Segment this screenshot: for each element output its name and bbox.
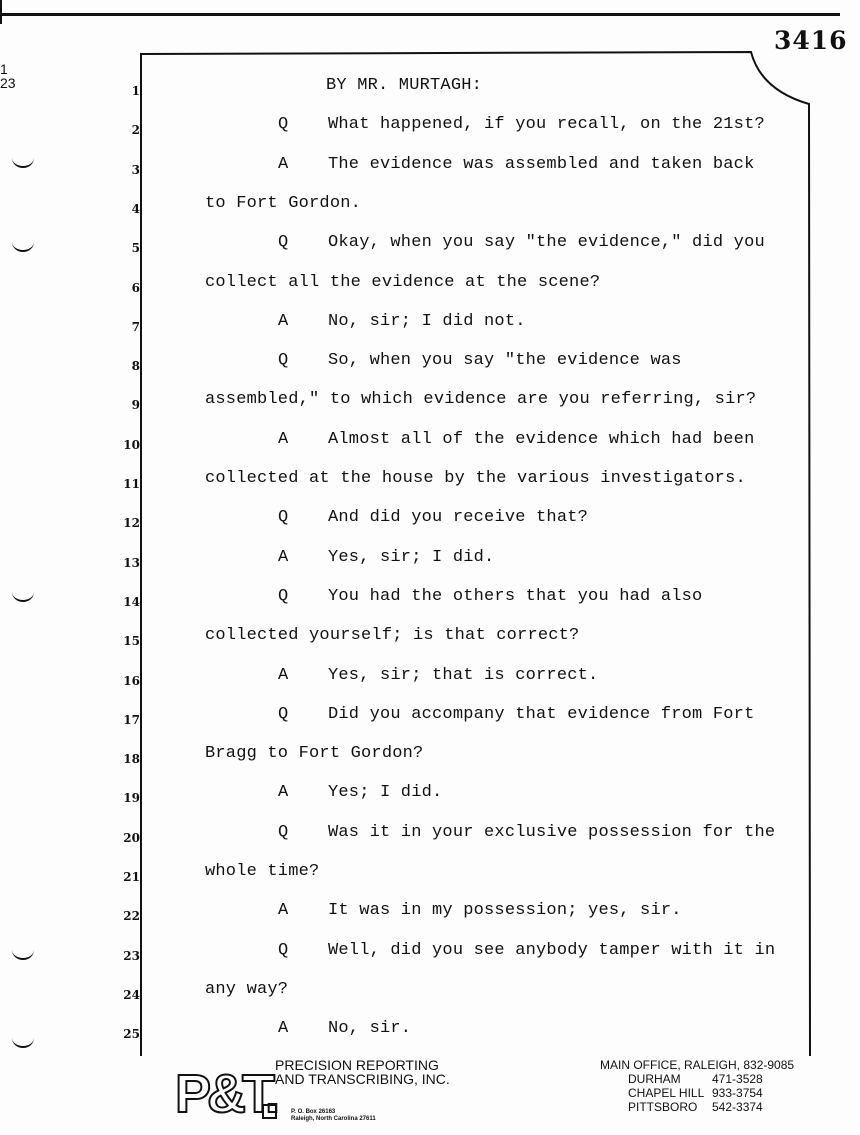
line-number: 14 (110, 595, 140, 609)
binder-hole-mark (12, 1028, 34, 1048)
answer-marker: A (278, 783, 288, 802)
line-number: 17 (110, 713, 140, 727)
main-office: MAIN OFFICE, RALEIGH, 832-9085 (600, 1058, 794, 1072)
answer-marker: A (278, 312, 288, 331)
question-marker: Q (278, 823, 288, 842)
office-phone: 471-3528 (712, 1072, 763, 1086)
transcript-line-text: Did you accompany that evidence from For… (328, 705, 754, 724)
transcript-line-text: Yes; I did. (328, 783, 442, 802)
line-number: 1 (110, 84, 140, 98)
line-number: 18 (110, 752, 140, 766)
question-marker: Q (278, 941, 288, 960)
question-marker: Q (278, 233, 288, 252)
transcript-line-text: collect all the evidence at the scene? (205, 273, 600, 292)
line-number: 5 (110, 241, 140, 255)
transcript-line-text: No, sir. (328, 1019, 411, 1038)
line-number: 16 (110, 674, 140, 688)
transcript-line-text: Okay, when you say "the evidence," did y… (328, 233, 765, 252)
answer-marker: A (278, 1019, 288, 1038)
line-number: 2 (110, 123, 140, 137)
question-marker: Q (278, 587, 288, 606)
transcript-line-text: collected yourself; is that correct? (205, 626, 579, 645)
margin-mark: 23 (0, 76, 16, 90)
line-number: 10 (110, 438, 140, 452)
line-number: 11 (110, 477, 140, 491)
office-city: CHAPEL HILL (628, 1086, 712, 1100)
question-marker: Q (278, 508, 288, 527)
company-name: PRECISION REPORTING AND TRANSCRIBING, IN… (275, 1058, 450, 1086)
answer-marker: A (278, 548, 288, 567)
address-line2: Raleigh, North Carolina 27611 (291, 1116, 376, 1123)
transcript-line-text: Bragg to Fort Gordon? (205, 744, 423, 763)
transcript-line-text: Yes, sir; that is correct. (328, 666, 598, 685)
transcript-line-text: The evidence was assembled and taken bac… (328, 155, 754, 174)
line-number: 8 (110, 359, 140, 373)
line-number: 13 (110, 556, 140, 570)
line-number: 21 (110, 870, 140, 884)
transcript-line-text: It was in my possession; yes, sir. (328, 901, 682, 920)
line-number: 6 (110, 281, 140, 295)
transcript-line-text: What happened, if you recall, on the 21s… (328, 115, 765, 134)
answer-marker: A (278, 155, 288, 174)
office-row-chapel-hill: CHAPEL HILL 933-3754 (628, 1086, 794, 1100)
logo-square-mark (262, 1104, 277, 1119)
top-border-rule (0, 13, 840, 16)
office-phone: 542-3374 (712, 1100, 763, 1114)
line-number: 22 (110, 909, 140, 923)
line-number: 25 (110, 1027, 140, 1041)
transcript-line-text: BY MR. MURTAGH: (326, 76, 482, 95)
office-row-pittsboro: PITTSBORO 542-3374 (628, 1100, 794, 1114)
binder-hole-mark (12, 148, 34, 168)
company-name-line1: PRECISION REPORTING (275, 1058, 450, 1072)
line-number: 24 (110, 988, 140, 1002)
company-name-line2: AND TRANSCRIBING, INC. (275, 1072, 450, 1086)
line-number: 20 (110, 831, 140, 845)
top-left-border (0, 0, 2, 24)
line-number: 23 (110, 949, 140, 963)
transcript-line-text: Well, did you see anybody tamper with it… (328, 941, 775, 960)
transcript-line-text: Was it in your exclusive possession for … (328, 823, 775, 842)
line-number: 7 (110, 320, 140, 334)
answer-marker: A (278, 666, 288, 685)
office-city: PITTSBORO (628, 1100, 712, 1114)
transcript-line-text: Almost all of the evidence which had bee… (328, 430, 754, 449)
transcript-line-text: assembled," to which evidence are you re… (205, 390, 756, 409)
company-address: P. O. Box 26163 Raleigh, North Carolina … (291, 1109, 376, 1123)
margin-mark: 1 (0, 62, 8, 76)
transcript-line-text: So, when you say "the evidence was (328, 351, 682, 370)
line-number: 9 (110, 398, 140, 412)
office-phone: 933-3754 (712, 1086, 763, 1100)
line-number: 19 (110, 791, 140, 805)
transcript-line-text: whole time? (205, 862, 319, 881)
answer-marker: A (278, 901, 288, 920)
question-marker: Q (278, 351, 288, 370)
office-directory: MAIN OFFICE, RALEIGH, 832-9085 DURHAM 47… (600, 1058, 794, 1114)
question-marker: Q (278, 115, 288, 134)
binder-hole-mark (12, 232, 34, 252)
office-row-durham: DURHAM 471-3528 (628, 1072, 794, 1086)
line-number: 12 (110, 516, 140, 530)
question-marker: Q (278, 705, 288, 724)
transcript-line-text: to Fort Gordon. (205, 194, 361, 213)
transcript-line-text: And did you receive that? (328, 508, 588, 527)
transcript-line-text: collected at the house by the various in… (205, 469, 746, 488)
binder-hole-mark (12, 940, 34, 960)
line-number: 15 (110, 634, 140, 648)
transcript-line-text: You had the others that you had also (328, 587, 702, 606)
line-number: 4 (110, 202, 140, 216)
address-line1: P. O. Box 26163 (291, 1109, 376, 1116)
binder-hole-mark (12, 582, 34, 602)
transcript-line-text: any way? (205, 980, 288, 999)
company-logo: P&T. (175, 1063, 265, 1125)
answer-marker: A (278, 430, 288, 449)
office-city: DURHAM (628, 1072, 712, 1086)
transcript-line-text: Yes, sir; I did. (328, 548, 494, 567)
line-number: 3 (110, 163, 140, 177)
transcript-line-text: No, sir; I did not. (328, 312, 526, 331)
